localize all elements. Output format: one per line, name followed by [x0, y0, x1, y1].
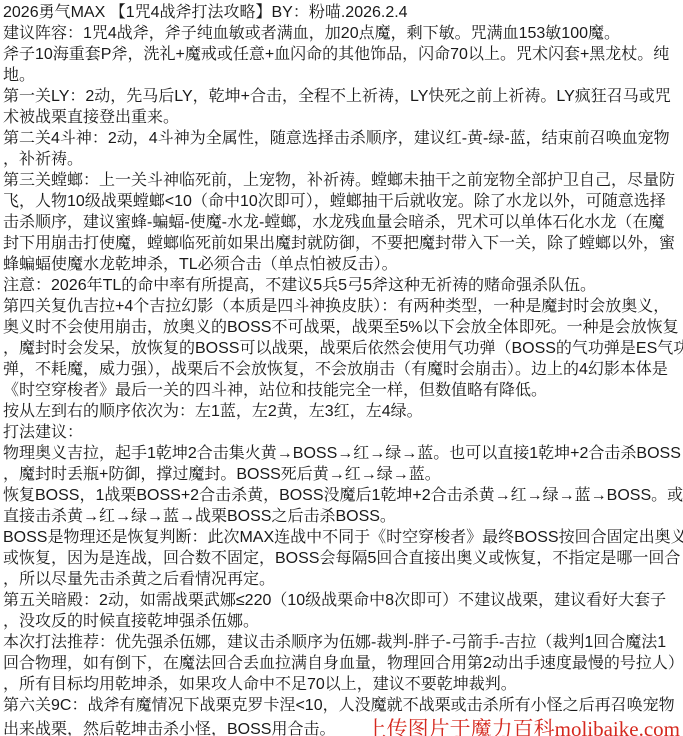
text-line: 建议阵容：1咒4战斧，斧子纯血敏或者满血，加20点魔，剩下敏。咒满血153敏10…	[3, 23, 683, 44]
text-line: ，补祈祷。	[3, 149, 683, 170]
text-line: 第四关复仇吉拉+4个吉拉幻影（本质是四斗神换皮肤）：有两种类型，一种是魔封时会放…	[3, 296, 683, 317]
text-line: 斧子10海重套P斧，洗礼+魔戒或任意+血闪命的其他饰品，闪命70以上。咒术闪套+…	[3, 44, 683, 65]
strategy-document: 2026勇气MAX 【1咒4战斧打法攻略】BY：粉喵.2026.2.4 建议阵容…	[0, 0, 683, 736]
text-line: 物理奥义吉拉，起手1乾坤2合击集火黄→BOSS→红→绿→蓝。也可以直接1乾坤+2…	[3, 443, 683, 464]
text-line: 本次打法推荐：优先强杀伍娜，建议击杀顺序为伍娜-裁判-胖子-弓箭手-吉拉（裁判1…	[3, 632, 683, 653]
text-line: 地。	[3, 65, 683, 86]
watermark-text: 上传图片于魔力百科molibaike.com	[366, 718, 680, 736]
text-line: ，魔封时会发呆，放恢复的BOSS可以战栗，战栗后依然会使用气功弹（BOSS的气功…	[3, 338, 683, 359]
text-line: ，所有目标均用乾坤杀，如果攻人命中不足70以上，建议不要乾坤裁判。	[3, 674, 683, 695]
text-line: BOSS是物理还是恢复判断：此次MAX连战中不同于《时空穿梭者》最终BOSS按回…	[3, 527, 683, 548]
text-line: 第六关9C：战斧有魔情况下战栗克罗卡涅<10，人没魔就不战栗或击杀所有小怪之后再…	[3, 695, 683, 716]
text-line: 蜂蝙蝠使魔水龙乾坤杀，TL必须合击（单点怕被反击）。	[3, 254, 683, 275]
text-line: 奥义时不会使用崩击，放奥义的BOSS不可战栗，战栗至5%以下会放全体即死。一种是…	[3, 317, 683, 338]
text-line: 封下用崩击打使魔，螳螂临死前如果出魔封就防御，不要把魔封带入下一关，除了螳螂以外…	[3, 233, 683, 254]
text-line: 回合物理，如有倒下，在魔法回合丢血拉满自身血量，物理回合用第2动出手速度最慢的号…	[3, 653, 683, 674]
text-line: 打法建议：	[3, 422, 683, 443]
text-line: 按从左到右的顺序依次为：左1蓝，左2黄，左3红，左4绿。	[3, 401, 683, 422]
text-line: 出来战栗，然后乾坤击杀小怪，BOSS用合击。	[3, 719, 335, 736]
text-line: 第三关螳螂：上一关斗神临死前，上宠物，补祈祷。螳螂未抽干之前宠物全部护卫自己，尽…	[3, 170, 683, 191]
text-line: 《时空穿梭者》最后一关的四斗神，站位和技能完全一样，但数值略有降低。	[3, 380, 683, 401]
text-line: 注意：2026年TL的命中率有所提高，不建议5兵5弓5斧这种无祈祷的赌命强杀队伍…	[3, 275, 683, 296]
text-line: 术被战栗直接登出重来。	[3, 107, 683, 128]
text-line: 第一关LY：2动，先马后LY，乾坤+合击，全程不上祈祷，LY快死之前上祈祷。LY…	[3, 86, 683, 107]
text-line: ，魔封时丢瓶+防御，撑过魔封。BOSS死后黄→红→绿→蓝。	[3, 464, 683, 485]
text-line: 飞，人物10级战栗螳螂<10（命中10次即可），螳螂抽干后就收宠。除了水龙以外，…	[3, 191, 683, 212]
document-title: 2026勇气MAX 【1咒4战斧打法攻略】BY：粉喵.2026.2.4	[3, 2, 683, 23]
text-line: 击杀顺序，建议蜜蜂-蝙蝠-使魔-水龙-螳螂，水龙残血量会暗杀，咒术可以单体石化水…	[3, 212, 683, 233]
text-line: 直接击杀黄→红→绿→蓝→战栗BOSS之后击杀BOSS。	[3, 506, 683, 527]
text-line: ，所以尽量先击杀黄之后看情况再定。	[3, 569, 683, 590]
text-line: ，没攻反的时候直接乾坤强杀伍娜。	[3, 611, 683, 632]
text-line: 弹，不耗魔，威力强），战栗后不会放恢复，不会放崩击（有魔时会崩击）。边上的4幻影…	[3, 359, 683, 380]
text-line: 第五关暗殿：2动，如需战栗武娜≤220（10级战栗命中8次即可）不建议战栗，建议…	[3, 590, 683, 611]
text-line: 或恢复，因为是连战，回合数不固定，BOSS会每隔5回合直接出奥义或恢复，不指定是…	[3, 548, 683, 569]
last-text-row: 出来战栗，然后乾坤击杀小怪，BOSS用合击。 上传图片于魔力百科molibaik…	[3, 716, 683, 736]
text-line: 第二关4斗神：2动，4斗神为全属性，随意选择击杀顺序，建议红-黄-绿-蓝，结束前…	[3, 128, 683, 149]
text-line: 恢复BOSS，1战栗BOSS+2合击杀黄，BOSS没魔后1乾坤+2合击杀黄→红→…	[3, 485, 683, 506]
